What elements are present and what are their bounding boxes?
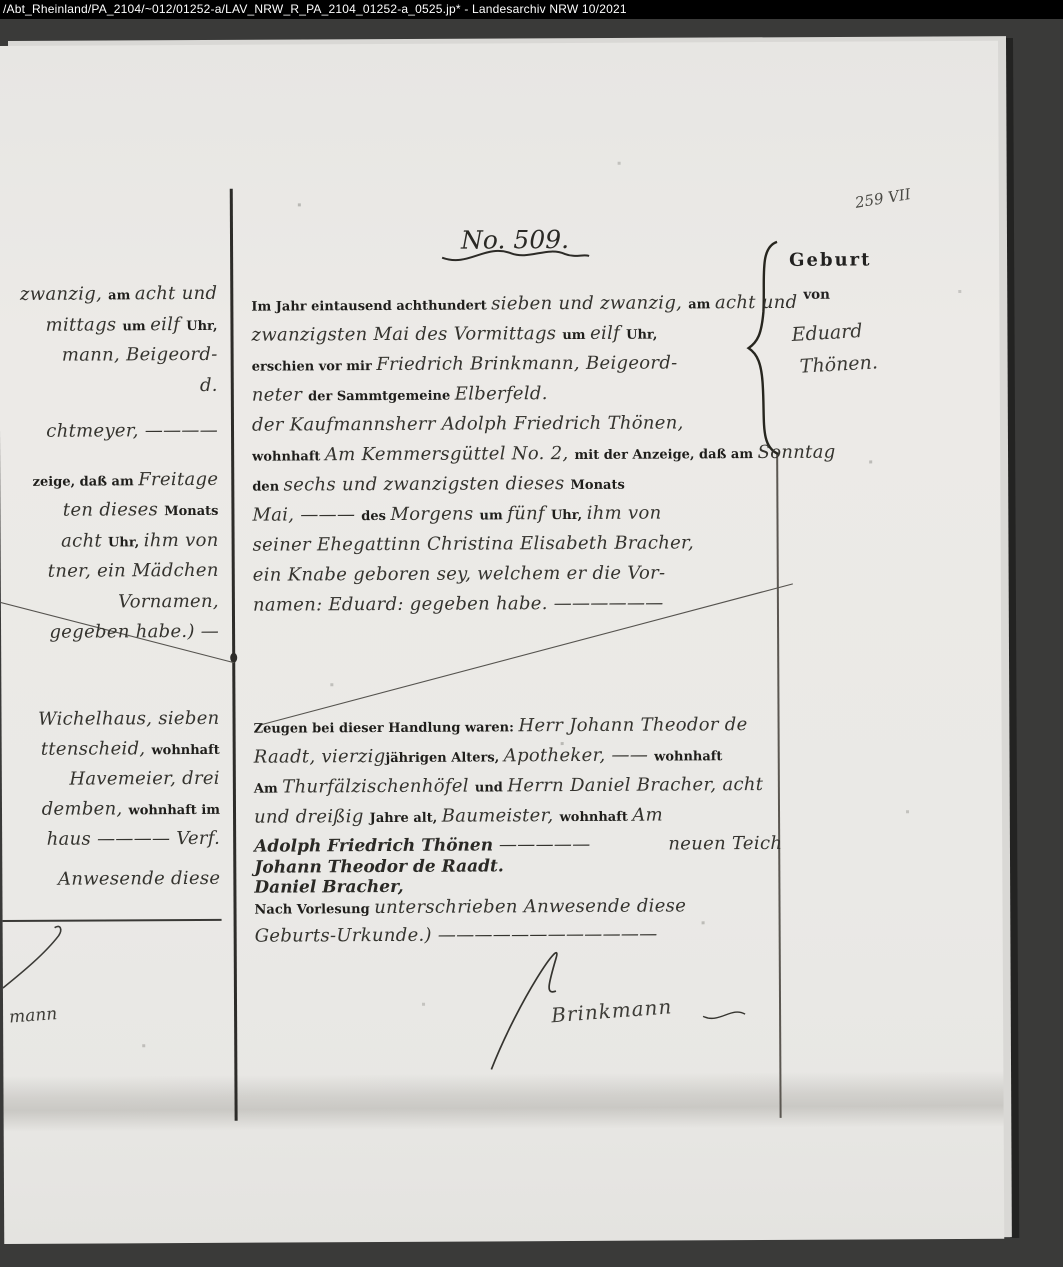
text-line: den sechs und zwanzigsten dieses Monats [252, 468, 780, 501]
text-segment: Am [254, 782, 282, 797]
text-line: zwanzigsten Mai des Vormittags um eilf U… [251, 318, 779, 351]
text-line: namen: Eduard: gegeben habe. —————— [253, 588, 781, 621]
text-segment: seiner Ehegattinn Christina Elisabeth Br… [253, 532, 694, 555]
text-segment: acht und [135, 283, 218, 304]
text-segment: Elberfeld. [455, 383, 548, 404]
text-segment: wohnhaft [252, 449, 325, 464]
text-line: Mai, ——— des Morgens um fünf Uhr, ihm vo… [252, 498, 780, 531]
text-line: Raadt, vierzigjährigen Alters, Apotheker… [254, 740, 782, 773]
text-line: ten dieses Monats [2, 495, 218, 527]
text-line: Johann Theodor de Raadt. [254, 854, 782, 877]
text-segment: d. [200, 374, 218, 395]
text-segment: wohnhaft [654, 749, 722, 764]
window-title: /Abt_Rheinland/PA_2104/~012/01252-a/LAV_… [3, 2, 627, 16]
scanned-register-page: 259 VII No. 509. Geburt von Eduard Thöne… [0, 41, 1004, 1244]
text-line: neter der Sammtgemeine Elberfeld. [252, 378, 780, 411]
text-segment: ————— [499, 834, 591, 855]
text-segment: um [562, 328, 590, 343]
text-segment: Vornamen, [118, 590, 219, 612]
text-segment: ein Knabe geboren sey, welchem er die Vo… [253, 563, 666, 586]
text-segment: sieben und zwanzig, [491, 292, 688, 314]
text-segment: eilf [150, 314, 186, 335]
text-segment: Freitage [138, 468, 218, 489]
text-segment: Monats [570, 478, 624, 493]
text-segment: Baumeister, [442, 805, 560, 827]
official-signature: Brinkmann [550, 994, 673, 1027]
margin-note: Geburt von Eduard Thönen. [789, 249, 990, 373]
record-main-text: Im Jahr eintausend achthundert sieben un… [251, 288, 781, 621]
text-segment: Havemeier, drei [69, 768, 220, 790]
text-segment: ihm von [587, 503, 662, 524]
left-page-upper-text: zwanzig, am acht undmittags um eilf Uhr,… [1, 279, 219, 649]
window-titlebar: /Abt_Rheinland/PA_2104/~012/01252-a/LAV_… [0, 0, 1063, 19]
left-page-lower-text: Wichelhaus, siebenttenscheid, wohnhaftHa… [3, 704, 220, 895]
text-segment: Herr Johann Theodor de [518, 714, 747, 736]
text-segment: neter [252, 384, 308, 405]
text-segment: den [252, 480, 283, 495]
text-segment: zwanzig, [20, 283, 108, 304]
text-segment: namen: Eduard: gegeben habe. —————— [253, 593, 664, 616]
text-segment: Thurfälzischenhöfel [282, 776, 475, 798]
folio-number: 259 VII [854, 185, 912, 212]
text-line: zwanzig, am acht und [1, 279, 217, 311]
text-segment: Im Jahr eintausend achthundert [251, 298, 491, 314]
text-segment: der Sammtgemeine [308, 389, 455, 405]
text-segment: wohnhaft im [128, 803, 220, 818]
text-line: Adolph Friedrich Thönen —————neuen Teich [254, 834, 782, 857]
text-line: tner, ein Mädchen [3, 556, 219, 588]
text-segment: Monats [164, 504, 218, 519]
text-segment: mit der Anzeige, daß am [574, 447, 757, 463]
text-segment: zwanzigsten Mai des Vormittags [251, 323, 562, 346]
text-segment: Friedrich Brinkmann, Beigeord- [376, 352, 677, 375]
text-segment: und dreißig [254, 806, 370, 828]
text-segment: mann, Beigeord- [62, 344, 218, 366]
text-segment: Daniel Bracher, [254, 877, 403, 898]
text-segment: Zeugen bei dieser Handlung waren: [254, 720, 519, 736]
text-segment: gegeben habe.) — [49, 621, 219, 643]
text-line: der Kaufmannsherr Adolph Friedrich Thöne… [252, 408, 780, 441]
text-line: erschien vor mir Friedrich Brinkmann, Be… [252, 348, 780, 381]
official-signature-tail [703, 1012, 745, 1018]
text-line: chtmeyer, ———— [2, 416, 218, 448]
record-witness-text: Zeugen bei dieser Handlung waren: Herr J… [253, 710, 782, 833]
text-line: d. [2, 370, 218, 402]
text-line: acht Uhr, ihm von [3, 525, 219, 557]
text-segment: acht und [715, 292, 798, 313]
text-segment: wohnhaft [151, 743, 219, 758]
text-segment: haus ———— Verf. [47, 828, 221, 850]
text-segment: ten dieses [63, 499, 164, 521]
text-line: demben, wohnhaft im [4, 794, 220, 825]
text-segment: Wichelhaus, sieben [38, 708, 220, 730]
margin-note-surname: Thönen. [799, 345, 990, 378]
form-center-divider-line [230, 189, 238, 1121]
text-segment: unterschrieben Anwesende diese [374, 895, 686, 918]
text-line: Havemeier, drei [4, 764, 220, 795]
text-line: zeige, daß am Freitage [2, 464, 218, 496]
text-segment: Am [632, 805, 663, 826]
text-segment: und [475, 780, 508, 795]
text-segment: Apotheker, —— [504, 745, 654, 767]
text-segment: Uhr, [186, 318, 217, 333]
text-segment: ihm von [144, 529, 219, 550]
text-segment: um [479, 508, 507, 523]
text-segment: Uhr, [551, 508, 587, 523]
margin-note-firstname: Eduard [791, 313, 990, 346]
text-line: wohnhaft Am Kemmersgüttel No. 2, mit der… [252, 438, 780, 471]
text-line: Vornamen, [3, 586, 219, 618]
text-segment: chtmeyer, ———— [46, 420, 218, 442]
text-segment: sechs und zwanzigsten dieses [284, 473, 571, 496]
text-line: ein Knabe geboren sey, welchem er die Vo… [253, 558, 781, 591]
text-line: Im Jahr eintausend achthundert sieben un… [251, 288, 779, 321]
text-line: Zeugen bei dieser Handlung waren: Herr J… [253, 710, 781, 743]
margin-note-von: von [803, 286, 989, 303]
text-segment: Mai, ——— [252, 504, 361, 526]
text-line: Geburts-Urkunde.) ———————————— [255, 924, 783, 947]
text-segment: jährigen Alters, [385, 750, 503, 766]
text-segment: tner, ein Mädchen [48, 560, 219, 582]
text-segment: neuen Teich [668, 833, 782, 855]
text-segment: zeige, daß am [33, 474, 139, 490]
text-line: seiner Ehegattinn Christina Elisabeth Br… [253, 528, 781, 561]
viewer-window: { "colors":{ "background":"#3a3a39", "ti… [0, 0, 1063, 1267]
text-segment: acht [61, 530, 108, 551]
text-segment: fünf [507, 503, 551, 524]
text-segment: Uhr, [626, 328, 657, 343]
text-segment: eilf [590, 323, 626, 344]
text-segment: Morgens [390, 503, 479, 524]
text-segment: ttenscheid, [41, 738, 152, 760]
text-line: Wichelhaus, sieben [3, 704, 219, 735]
text-segment: Nach Vorlesung [254, 902, 374, 918]
left-page-horizontal-rule [3, 919, 222, 922]
text-line: mittags um eilf Uhr, [1, 309, 217, 341]
scan-shadow-band [3, 1071, 1003, 1132]
text-line: Daniel Bracher, [254, 875, 782, 898]
text-segment: Anwesende diese [58, 868, 220, 890]
text-segment: Adolph Friedrich Thönen [254, 835, 499, 856]
text-segment: erschien vor mir [252, 359, 377, 375]
official-signature-upstroke [491, 953, 558, 1070]
text-segment: am [108, 288, 135, 303]
text-line: gegeben habe.) — [3, 617, 219, 649]
text-segment: um [122, 319, 150, 334]
text-segment: Sonntag [758, 442, 836, 463]
text-line: Anwesende diese [4, 864, 220, 895]
left-signature-flourish [3, 926, 61, 988]
text-line: haus ———— Verf. [4, 824, 220, 855]
text-segment: demben, [42, 798, 129, 819]
text-line: Nach Vorlesung unterschrieben Anwesende … [254, 895, 782, 918]
text-segment: Herrn Daniel Bracher, acht [507, 774, 763, 796]
text-segment: der Kaufmannsherr Adolph Friedrich Thöne… [252, 412, 684, 435]
text-line: und dreißig Jahre alt, Baumeister, wohnh… [254, 800, 782, 833]
text-segment: mittags [45, 314, 122, 335]
text-line: mann, Beigeord- [2, 340, 218, 372]
text-segment: Raadt, vierzig [254, 746, 386, 768]
left-page-signature-fragment: mann [8, 1004, 58, 1028]
text-line: ttenscheid, wohnhaft [4, 734, 220, 765]
text-segment: Jahre alt, [370, 811, 442, 826]
record-number: No. 509. [435, 225, 595, 255]
text-segment: Johann Theodor de Raadt. [254, 856, 504, 877]
text-line: Am Thurfälzischenhöfel und Herrn Daniel … [254, 770, 782, 803]
text-segment: des [361, 509, 390, 524]
text-segment: am [688, 297, 715, 312]
text-segment: Uhr, [108, 535, 144, 550]
text-segment: wohnhaft [560, 810, 633, 825]
text-segment: Am Kemmersgüttel No. 2, [325, 443, 575, 465]
text-segment: Geburts-Urkunde.) ———————————— [255, 924, 658, 947]
margin-note-geburt: Geburt [789, 249, 989, 271]
record-signatures: Adolph Friedrich Thönen —————neuen Teich… [254, 834, 783, 947]
